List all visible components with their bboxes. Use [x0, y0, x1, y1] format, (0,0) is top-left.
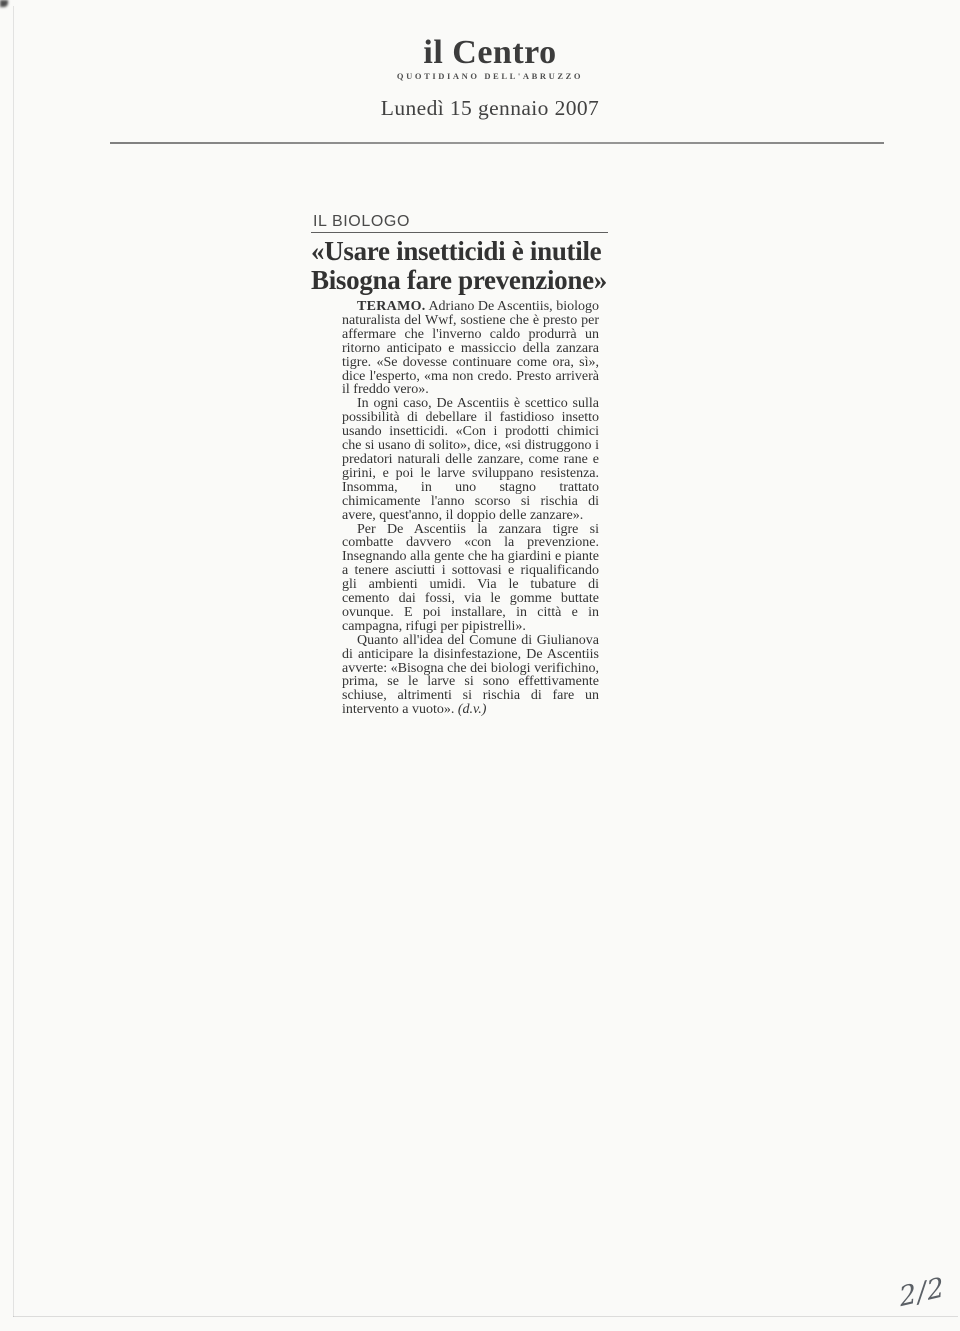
- headline-line: «Usare insetticidi è inutile: [311, 237, 611, 266]
- paragraph-text: Adriano De Ascentiis, biologo naturalist…: [342, 299, 599, 397]
- author-initials: (d.v.): [458, 702, 487, 717]
- kicker-rule: [311, 232, 608, 233]
- scan-corner-mark: [0, 0, 8, 7]
- newspaper-logo: il Centro: [105, 38, 875, 68]
- body-paragraph: Per De Ascentiis la zanzara tigre si com…: [342, 523, 599, 634]
- paper-edge-left: [13, 6, 14, 1317]
- headline-line: Bisogna fare prevenzione»: [311, 266, 611, 295]
- body-paragraph: Quanto all'idea del Comune di Giulianova…: [342, 634, 599, 717]
- scanned-newspaper-page: { "masthead": { "logo": "il Centro", "ta…: [0, 0, 960, 1331]
- body-paragraph: In ogni caso, De Ascentiis è scettico su…: [342, 397, 599, 522]
- article-headline: «Usare insetticidi è inutile Bisogna far…: [311, 237, 611, 294]
- newspaper-tagline: QUOTIDIANO DELL'ABRUZZO: [105, 71, 875, 81]
- page-mark-handwritten: 2/2: [898, 1272, 947, 1313]
- paragraph-text: Per De Ascentiis la zanzara tigre si com…: [342, 522, 599, 634]
- article-body: TERAMO. Adriano De Ascentiis, biologo na…: [342, 300, 599, 717]
- header-rule: [110, 142, 884, 144]
- article-kicker: IL BIOLOGO: [313, 213, 410, 231]
- body-paragraph: TERAMO. Adriano De Ascentiis, biologo na…: [342, 300, 599, 397]
- paper-edge-bottom: [13, 1316, 958, 1317]
- paragraph-text: In ogni caso, De Ascentiis è scettico su…: [342, 396, 599, 522]
- masthead: il Centro QUOTIDIANO DELL'ABRUZZO Lunedì…: [105, 38, 875, 121]
- dateline: TERAMO.: [357, 299, 426, 314]
- edition-date: Lunedì 15 gennaio 2007: [105, 96, 875, 121]
